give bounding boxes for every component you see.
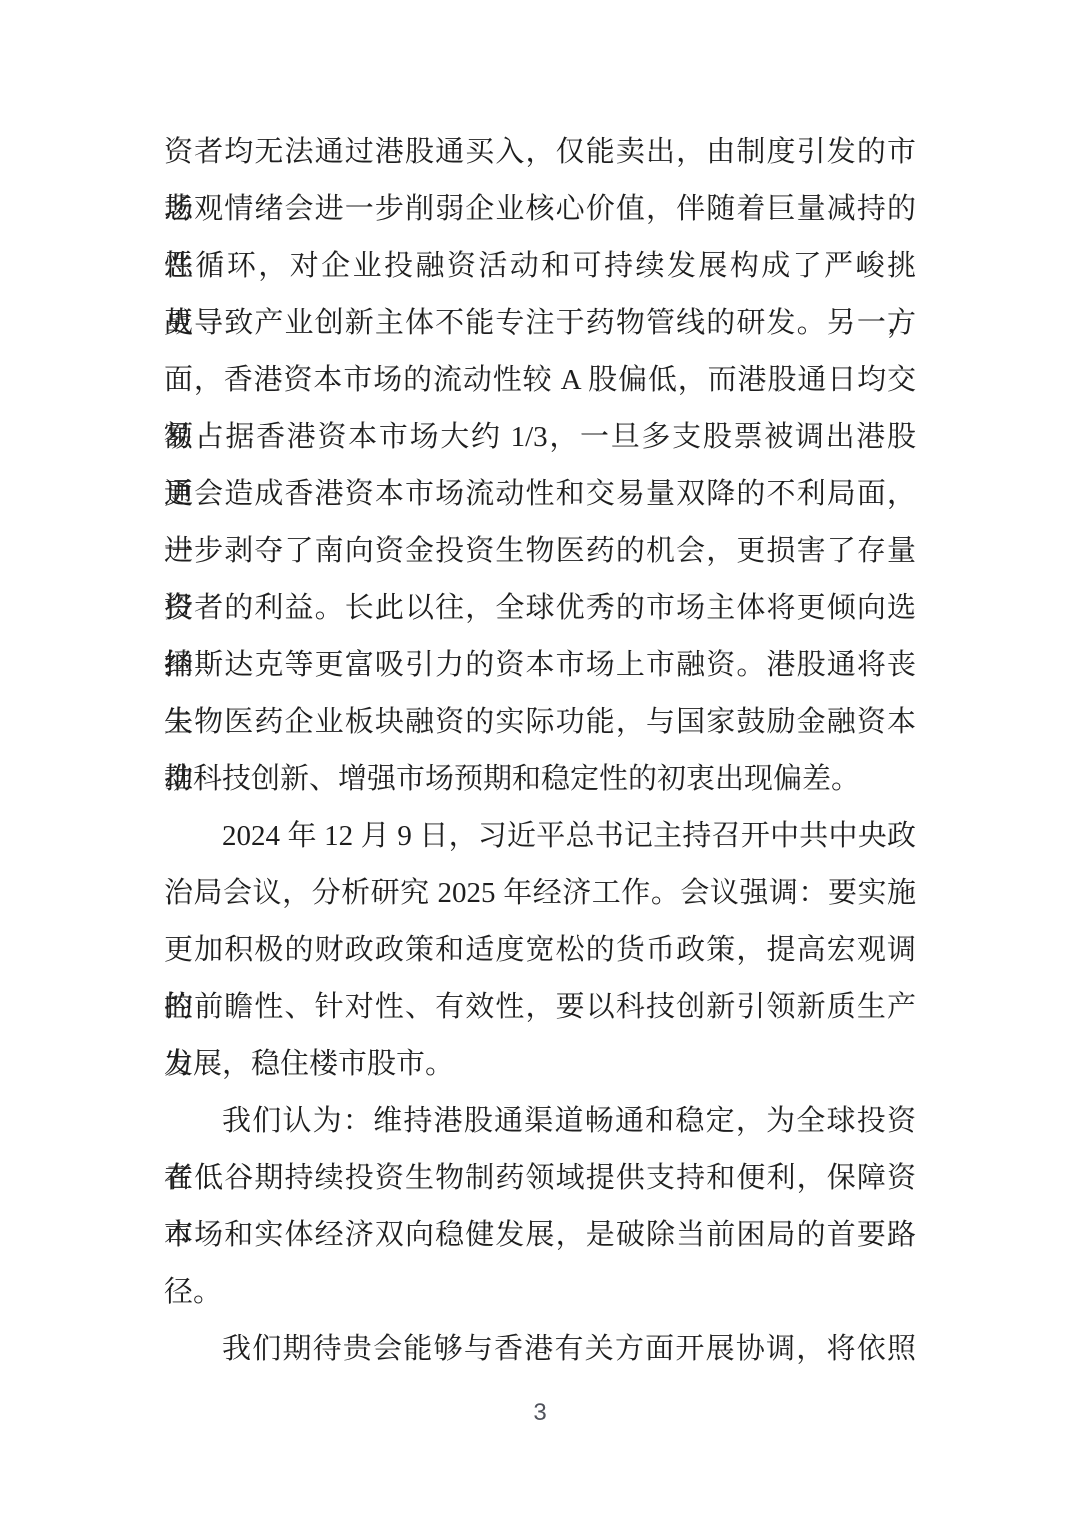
- text-line: 更会造成香港资本市场流动性和交易量双降的不利局面，进: [164, 466, 916, 523]
- document-page: 资者均无法通过港股通买入，仅能卖出，由制度引发的市场悲观情绪会进一步削弱企业核心…: [0, 0, 1080, 1527]
- page-number: 3: [0, 1399, 1080, 1427]
- text-line: 纳斯达克等更富吸引力的资本市场上市融资。港股通将丧失: [164, 637, 916, 694]
- text-line: 面，香港资本市场的流动性较 A 股偏低，而港股通日均交易: [164, 352, 916, 409]
- text-line: 我们期待贵会能够与香港有关方面开展协调，将依照: [164, 1321, 916, 1378]
- text-line: 资者均无法通过港股通买入，仅能卖出，由制度引发的市场: [164, 124, 916, 181]
- text-line: 动科技创新、增强市场预期和稳定性的初衷出现偏差。: [164, 751, 916, 808]
- text-line: 更加积极的财政政策和适度宽松的货币政策，提高宏观调控: [164, 922, 916, 979]
- text-line: 生物医药企业板块融资的实际功能，与国家鼓励金融资本推: [164, 694, 916, 751]
- text-line: 径。: [164, 1264, 916, 1321]
- text-line: 治局会议，分析研究 2025 年经济工作。会议强调：要实施: [164, 865, 916, 922]
- text-line: 在低谷期持续投资生物制药领域提供支持和便利，保障资本: [164, 1150, 916, 1207]
- document-body: 资者均无法通过港股通买入，仅能卖出，由制度引发的市场悲观情绪会进一步削弱企业核心…: [164, 124, 916, 1378]
- text-line: 的前瞻性、针对性、有效性，要以科技创新引领新质生产力: [164, 979, 916, 1036]
- text-line: 资者的利益。长此以往，全球优秀的市场主体将更倾向选择: [164, 580, 916, 637]
- text-line: 额占据香港资本市场大约 1/3，一旦多支股票被调出港股通，: [164, 409, 916, 466]
- text-line: 更导致产业创新主体不能专注于药物管线的研发。另一方: [164, 295, 916, 352]
- text-line: 一步剥夺了南向资金投资生物医药的机会，更损害了存量投: [164, 523, 916, 580]
- text-line: 市场和实体经济双向稳健发展，是破除当前困局的首要路: [164, 1207, 916, 1264]
- text-line: 悲观情绪会进一步削弱企业核心价值，伴随着巨量减持的恶: [164, 181, 916, 238]
- text-line: 我们认为：维持港股通渠道畅通和稳定，为全球投资者: [164, 1093, 916, 1150]
- text-line: 发展，稳住楼市股市。: [164, 1036, 916, 1093]
- text-line: 性循环，对企业投融资活动和可持续发展构成了严峻挑战，: [164, 238, 916, 295]
- text-line: 2024 年 12 月 9 日，习近平总书记主持召开中共中央政: [164, 808, 916, 865]
